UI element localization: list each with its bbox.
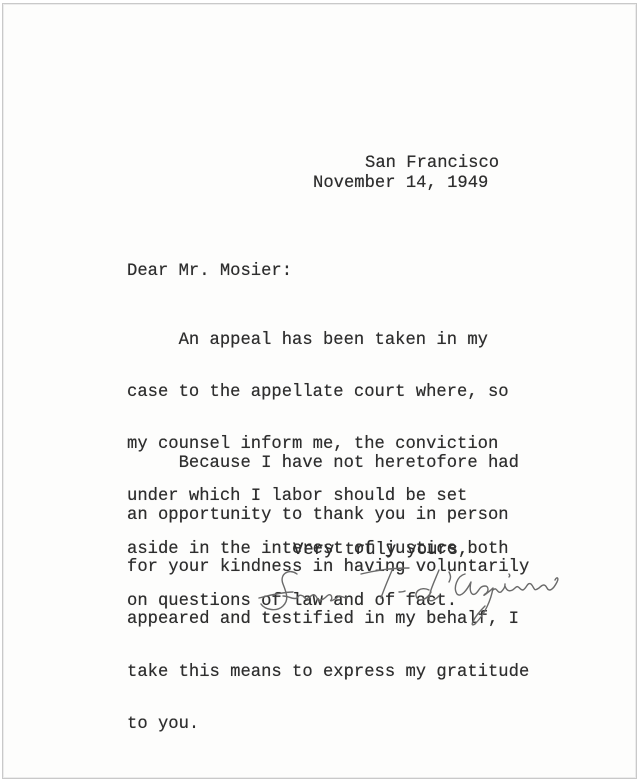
salutation: Dear Mr. Mosier:: [127, 263, 292, 280]
letter-page: San Francisco November 14, 1949 Dear Mr.…: [2, 3, 637, 779]
paragraph-line: An appeal has been taken in my: [127, 332, 509, 349]
letter-date: November 14, 1949: [313, 175, 488, 192]
paragraph-line: an opportunity to thank you in person: [127, 507, 529, 524]
paragraph-line: case to the appellate court where, so: [127, 384, 509, 401]
paragraph-line: Because I have not heretofore had: [127, 455, 529, 472]
closing: Very truly yours,: [293, 542, 468, 559]
letter-place: San Francisco: [365, 155, 499, 172]
paragraph-line: to you.: [127, 716, 529, 733]
paragraph-line: take this means to express my gratitude: [127, 664, 529, 681]
handwritten-signature: Iva T. d'Aquino: [253, 562, 573, 634]
